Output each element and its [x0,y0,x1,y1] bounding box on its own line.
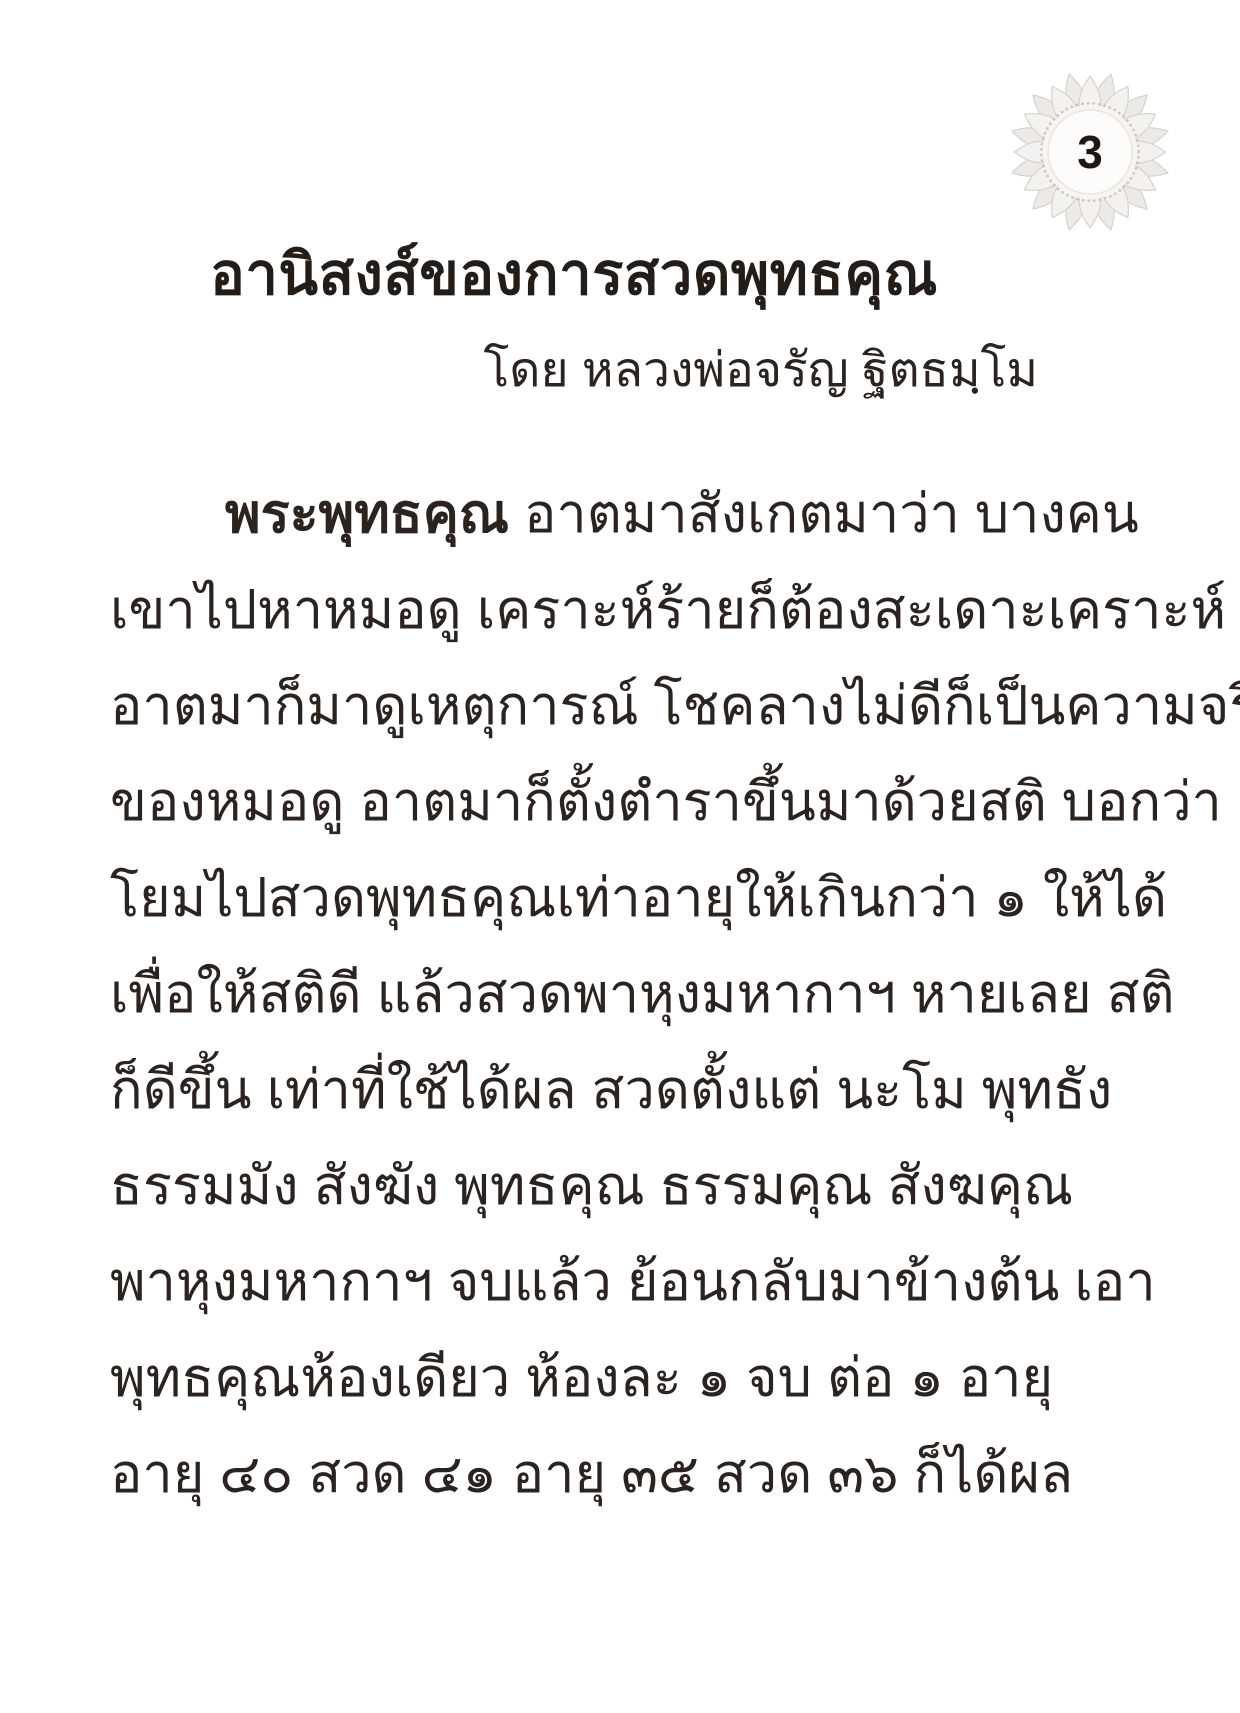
page-number-ornament: 3 [1006,68,1174,236]
body-line: พระพุทธคุณ อาตมาสังเกตมาว่า บางคน [110,466,1038,562]
byline: โดย หลวงพ่อจรัญ ฐิตธมฺโม [110,334,1038,408]
body-line: ของหมอดู อาตมาก็ตั้งตำราขึ้นมาด้วยสติ บอ… [110,754,1038,850]
body-line: เพื่อให้สติดี แล้วสวดพาหุงมหากาฯ หายเลย … [110,946,1038,1042]
text-column: อานิสงส์ของการสวดพุทธคุณ โดย หลวงพ่อจรัญ… [110,230,1038,1522]
page-title: อานิสงส์ของการสวดพุทธคุณ [110,230,1038,320]
body-line: พุทธคุณห้องเดียว ห้องละ ๑ จบ ต่อ ๑ อายุ [110,1330,1038,1426]
document-page: 3 อานิสงส์ของการสวดพุทธคุณ โดย หลวงพ่อจร… [0,0,1240,1713]
body-line: โยมไปสวดพุทธคุณเท่าอายุให้เกินกว่า ๑ ให้… [110,850,1038,946]
body-text: พระพุทธคุณ อาตมาสังเกตมาว่า บางคนเขาไปหา… [110,466,1038,1522]
body-line: เขาไปหาหมอดู เคราะห์ร้ายก็ต้องสะเดาะเครา… [110,562,1038,658]
body-line: พาหุงมหากาฯ จบแล้ว ย้อนกลับมาข้างต้น เอา [110,1234,1038,1330]
page-number: 3 [1006,68,1174,236]
body-lead-bold: พระพุทธคุณ [225,484,509,544]
body-line: ก็ดีขึ้น เท่าที่ใช้ได้ผล สวดตั้งแต่ นะโม… [110,1042,1038,1138]
body-line: ธรรมมัง สังฆัง พุทธคุณ ธรรมคุณ สังฆคุณ [110,1138,1038,1234]
body-line: อาตมาก็มาดูเหตุการณ์ โชคลางไม่ดีก็เป็นคว… [110,658,1038,754]
body-line: อายุ ๔๐ สวด ๔๑ อายุ ๓๕ สวด ๓๖ ก็ได้ผล [110,1426,1038,1522]
